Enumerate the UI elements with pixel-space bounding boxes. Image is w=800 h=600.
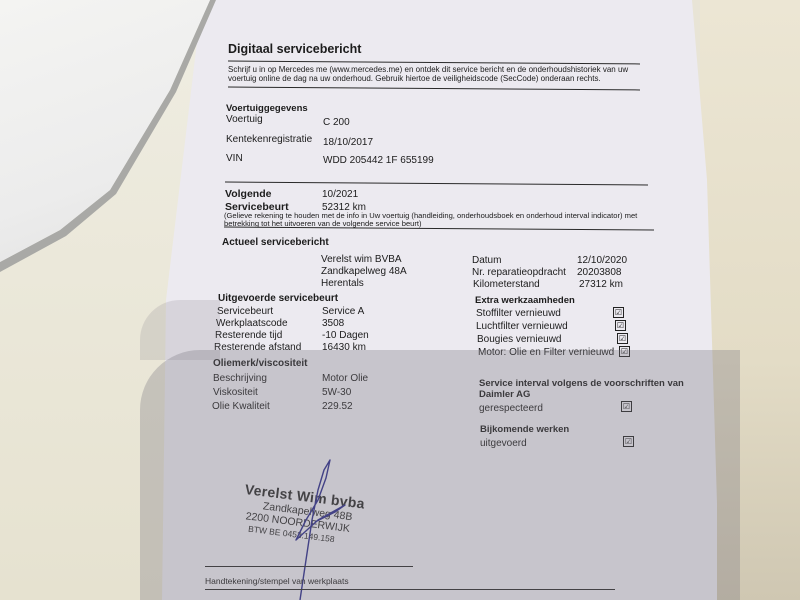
shadow-overlay bbox=[140, 350, 740, 600]
